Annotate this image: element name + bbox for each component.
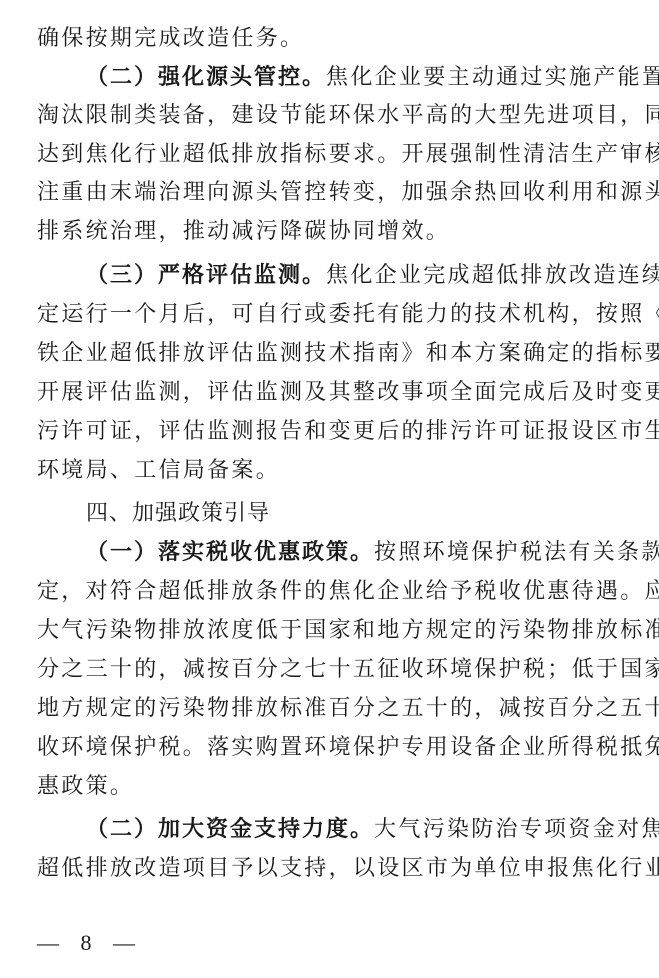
paragraph-line: 定运行一个月后，可自行或委托有能力的技术机构，按照《钢 <box>37 300 629 330</box>
paragraph-line: 达到焦化行业超低排放指标要求。开展强制性清洁生产审核。 <box>37 140 629 170</box>
paragraph-text: 按照环境保护税法有关条款规 <box>374 540 659 565</box>
paragraph-line: 地方规定的污染物排放标准百分之五十的，减按百分之五十征 <box>37 694 629 724</box>
paragraph-text: 焦化企业完成超低排放改造连续稳 <box>326 263 659 288</box>
paragraph-line: 铁企业超低排放评估监测技术指南》和本方案确定的指标要求 <box>37 339 629 369</box>
paragraph-text: 焦化企业要主动通过实施产能置换， <box>326 65 659 90</box>
section-heading: 四、加强政策引导 <box>86 499 629 529</box>
subsection-title: （三）严格评估监测。 <box>86 263 326 288</box>
subsection-heading-line: （二）强化源头管控。焦化企业要主动通过实施产能置换， <box>86 63 629 93</box>
paragraph-line: 确保按期完成改造任务。 <box>37 24 629 54</box>
paragraph-line: 大气污染物排放浓度低于国家和地方规定的污染物排放标准百 <box>37 616 629 646</box>
subsection-heading-line: （二）加大资金支持力度。大气污染防治专项资金对焦化 <box>86 815 629 845</box>
paragraph-line: 环境局、工信局备案。 <box>37 456 629 486</box>
subsection-title: （二）加大资金支持力度。 <box>86 817 374 842</box>
paragraph-line: 超低排放改造项目予以支持，以设区市为单位申报焦化行业超 <box>37 854 629 884</box>
paragraph-line: 污许可证，评估监测报告和变更后的排污许可证报设区市生态 <box>37 417 629 447</box>
paragraph-line: 定，对符合超低排放条件的焦化企业给予税收优惠待遇。应税 <box>37 577 629 607</box>
subsection-title: （一）落实税收优惠政策。 <box>86 540 374 565</box>
paragraph-text: 大气污染防治专项资金对焦化 <box>374 817 659 842</box>
paragraph-line: 淘汰限制类装备，建设节能环保水平高的大型先进项目，同步 <box>37 101 629 131</box>
page-number: — 8 — <box>37 928 143 958</box>
paragraph-line: 开展评估监测，评估监测及其整改事项全面完成后及时变更排 <box>37 378 629 408</box>
subsection-heading-line: （一）落实税收优惠政策。按照环境保护税法有关条款规 <box>86 538 629 568</box>
paragraph-line: 排系统治理，推动减污降碳协同增效。 <box>37 217 629 247</box>
paragraph-line: 分之三十的，减按百分之七十五征收环境保护税；低于国家和 <box>37 655 629 685</box>
subsection-heading-line: （三）严格评估监测。焦化企业完成超低排放改造连续稳 <box>86 261 629 291</box>
paragraph-line: 惠政策。 <box>37 772 629 802</box>
paragraph-line: 收环境保护税。落实购置环境保护专用设备企业所得税抵免优 <box>37 733 629 763</box>
document-page: 确保按期完成改造任务。 （二）强化源头管控。焦化企业要主动通过实施产能置换， 淘… <box>0 0 659 978</box>
subsection-title: （二）强化源头管控。 <box>86 65 326 90</box>
paragraph-line: 注重由末端治理向源头管控转变，加强余热回收利用和源头减 <box>37 178 629 208</box>
